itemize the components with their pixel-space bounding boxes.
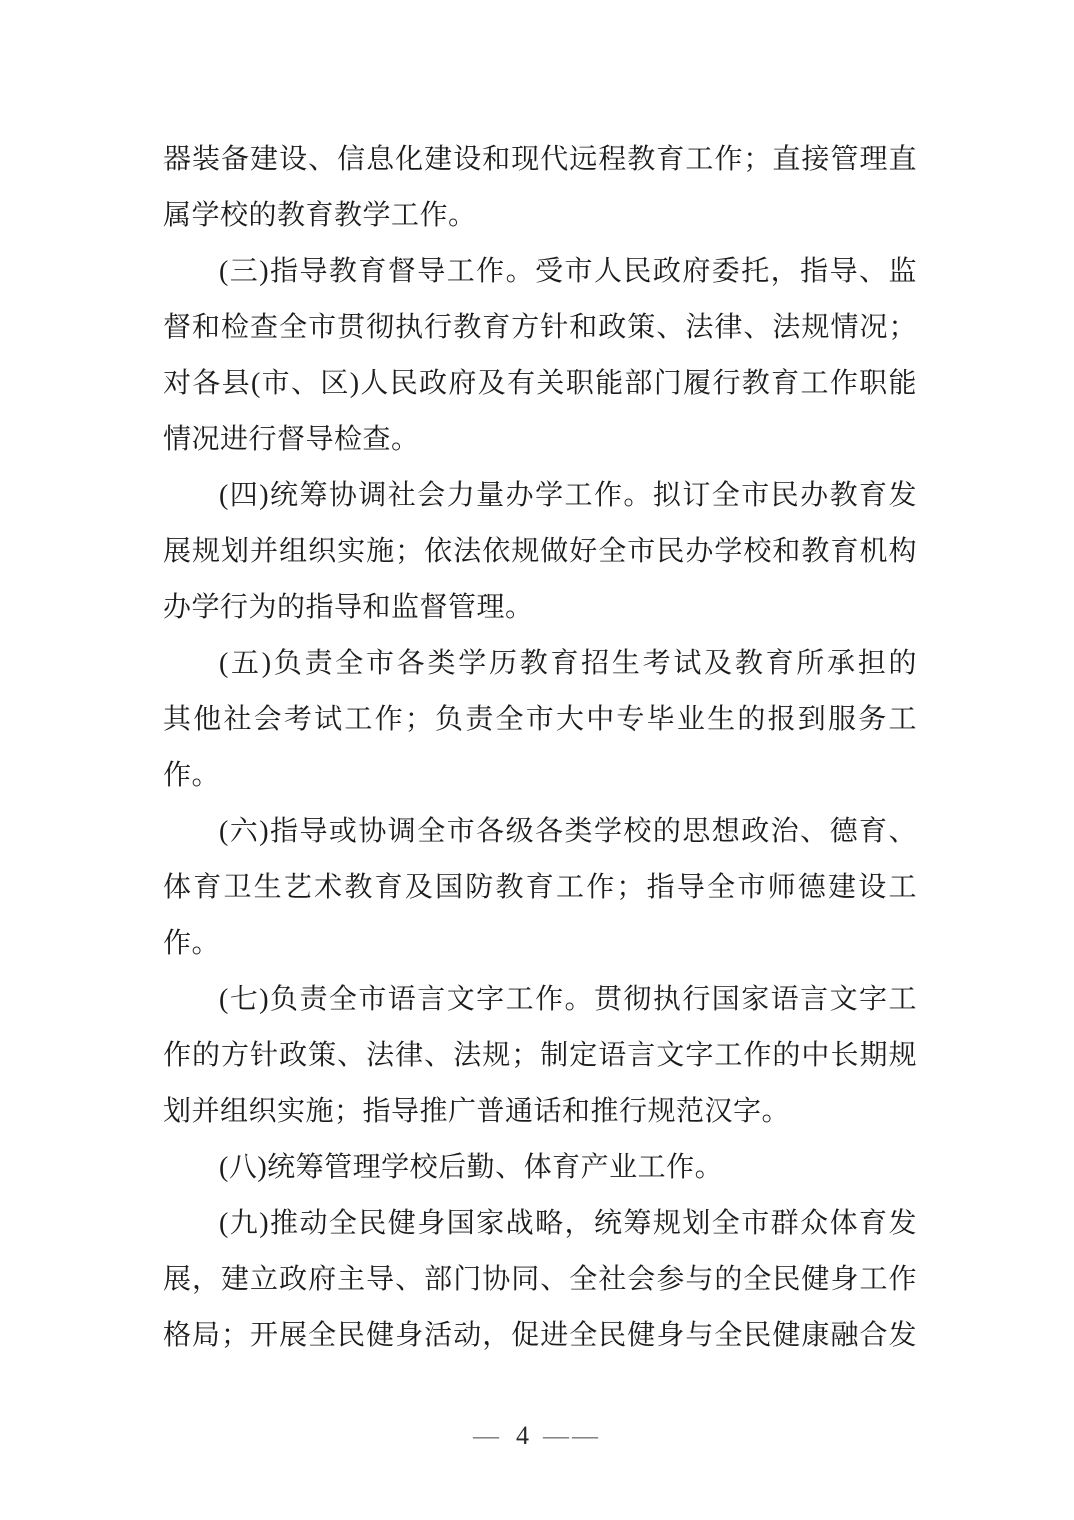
paragraph: (五)负责全市各类学历教育招生考试及教育所承担的其他社会考试工作；负责全市大中专…: [163, 636, 917, 804]
text-line: (七)负责全市语言文字工作。贯彻执行国家语言文字工: [163, 972, 917, 1028]
text-line: 情况进行督导检查。: [163, 412, 917, 468]
text-line: (九)推动全民健身国家战略，统筹规划全市群众体育发: [163, 1196, 917, 1252]
text-line: (六)指导或协调全市各级各类学校的思想政治、德育、: [163, 804, 917, 860]
paragraph: (三)指导教育督导工作。受市人民政府委托，指导、监督和检查全市贯彻执行教育方针和…: [163, 244, 917, 468]
text-line: (四)统筹协调社会力量办学工作。拟订全市民办教育发: [163, 468, 917, 524]
paragraph: (六)指导或协调全市各级各类学校的思想政治、德育、体育卫生艺术教育及国防教育工作…: [163, 804, 917, 972]
footer-dash-right: ——: [543, 1421, 601, 1450]
text-line: 划并组织实施；指导推广普通话和推行规范汉字。: [163, 1084, 917, 1140]
document-page: 器装备建设、信息化建设和现代远程教育工作；直接管理直属学校的教育教学工作。(三)…: [0, 0, 1074, 1520]
footer-dash-left: —: [473, 1421, 502, 1450]
paragraph: (七)负责全市语言文字工作。贯彻执行国家语言文字工作的方针政策、法律、法规；制定…: [163, 972, 917, 1140]
text-line: 督和检查全市贯彻执行教育方针和政策、法律、法规情况；: [163, 300, 917, 356]
text-line: (五)负责全市各类学历教育招生考试及教育所承担的: [163, 636, 917, 692]
text-line: 展，建立政府主导、部门协同、全社会参与的全民健身工作: [163, 1252, 917, 1308]
paragraph: (九)推动全民健身国家战略，统筹规划全市群众体育发展，建立政府主导、部门协同、全…: [163, 1196, 917, 1364]
text-line: 作。: [163, 916, 917, 972]
page-number: 4: [516, 1421, 529, 1450]
paragraph: 器装备建设、信息化建设和现代远程教育工作；直接管理直属学校的教育教学工作。: [163, 132, 917, 244]
text-line: 作。: [163, 748, 917, 804]
text-line: 其他社会考试工作；负责全市大中专毕业生的报到服务工: [163, 692, 917, 748]
text-line: 格局；开展全民健身活动，促进全民健身与全民健康融合发: [163, 1308, 917, 1364]
text-line: 对各县(市、区)人民政府及有关职能部门履行教育工作职能: [163, 356, 917, 412]
text-line: 器装备建设、信息化建设和现代远程教育工作；直接管理直: [163, 132, 917, 188]
page-footer: —4——: [0, 1418, 1074, 1454]
text-line: 属学校的教育教学工作。: [163, 188, 917, 244]
document-body: 器装备建设、信息化建设和现代远程教育工作；直接管理直属学校的教育教学工作。(三)…: [163, 132, 917, 1364]
text-line: (八)统筹管理学校后勤、体育产业工作。: [163, 1140, 917, 1196]
text-line: 作的方针政策、法律、法规；制定语言文字工作的中长期规: [163, 1028, 917, 1084]
paragraph: (八)统筹管理学校后勤、体育产业工作。: [163, 1140, 917, 1196]
text-line: 办学行为的指导和监督管理。: [163, 580, 917, 636]
paragraph: (四)统筹协调社会力量办学工作。拟订全市民办教育发展规划并组织实施；依法依规做好…: [163, 468, 917, 636]
text-line: 展规划并组织实施；依法依规做好全市民办学校和教育机构: [163, 524, 917, 580]
text-line: (三)指导教育督导工作。受市人民政府委托，指导、监: [163, 244, 917, 300]
text-line: 体育卫生艺术教育及国防教育工作；指导全市师德建设工: [163, 860, 917, 916]
